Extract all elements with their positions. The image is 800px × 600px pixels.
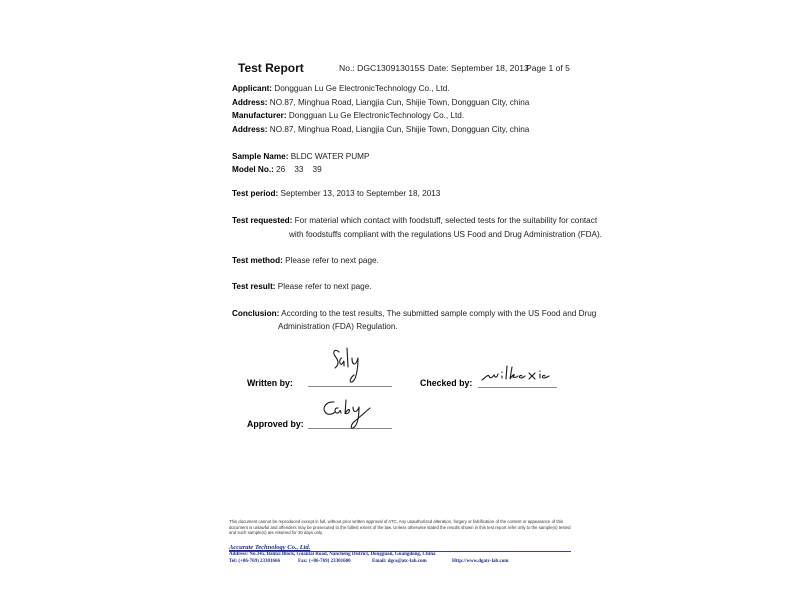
- applicant-address-value: NO.87, Minghua Road, Liangjia Cun, Shiji…: [268, 98, 530, 107]
- manufacturer-address-label: Address:: [232, 125, 268, 134]
- company-email: Email: dgcs@atc-lab.com: [372, 559, 427, 564]
- written-by-label: Written by:: [247, 378, 293, 388]
- test-requested-value: For material which contact with foodstuf…: [292, 216, 597, 225]
- manufacturer-label: Manufacturer:: [232, 111, 287, 120]
- test-period-row: Test period: September 13, 2013 to Septe…: [232, 189, 440, 198]
- applicant-label: Applicant:: [232, 84, 272, 93]
- report-title: Test Report: [238, 61, 304, 75]
- checked-by-signature: [480, 364, 555, 386]
- applicant-address-label: Address:: [232, 98, 268, 107]
- test-period-label: Test period:: [232, 189, 278, 198]
- test-result-label: Test result:: [232, 282, 276, 291]
- sample-name-label: Sample Name:: [232, 152, 288, 161]
- test-method-label: Test method:: [232, 256, 283, 265]
- legal-disclaimer: This document cannot be reproduced excep…: [229, 519, 577, 536]
- conclusion-continued: Administration (FDA) Regulation.: [278, 322, 398, 331]
- company-tel: Tel: (+86-769) 23301666: [229, 559, 280, 564]
- company-fax: Fax: (+86-769) 23301600: [298, 559, 351, 564]
- model-no-row: Model No.: 26 33 39: [232, 165, 322, 174]
- approved-by-signature: [320, 398, 375, 432]
- test-method-row: Test method: Please refer to next page.: [232, 256, 379, 265]
- manufacturer-value: Dongguan Lu Ge ElectronicTechnology Co.,…: [287, 111, 465, 120]
- applicant-value: Dongguan Lu Ge ElectronicTechnology Co.,…: [272, 84, 450, 93]
- applicant-address-row: Address: NO.87, Minghua Road, Liangjia C…: [232, 98, 529, 107]
- manufacturer-address-value: NO.87, Minghua Road, Liangjia Cun, Shiji…: [268, 125, 530, 134]
- model-no-label: Model No.:: [232, 165, 274, 174]
- page-indicator: Page 1 of 5: [526, 63, 570, 73]
- model-no-value: 26 33 39: [274, 165, 322, 174]
- manufacturer-row: Manufacturer: Dongguan Lu Ge ElectronicT…: [232, 111, 464, 120]
- approved-by-label: Approved by:: [247, 419, 304, 429]
- conclusion-row: Conclusion: According to the test result…: [232, 309, 596, 318]
- checked-by-label: Checked by:: [420, 378, 472, 388]
- sample-name-value: BLDC WATER PUMP: [288, 152, 369, 161]
- test-period-value: September 13, 2013 to September 18, 2013: [278, 189, 440, 198]
- test-result-row: Test result: Please refer to next page.: [232, 282, 372, 291]
- company-name: Accurate Technology Co., Ltd.: [229, 544, 310, 551]
- test-requested-label: Test requested:: [232, 216, 292, 225]
- sample-name-row: Sample Name: BLDC WATER PUMP: [232, 152, 369, 161]
- checked-by-signature-line: [478, 387, 557, 388]
- manufacturer-address-row: Address: NO.87, Minghua Road, Liangjia C…: [232, 125, 529, 134]
- conclusion-label: Conclusion:: [232, 309, 279, 318]
- applicant-row: Applicant: Dongguan Lu Ge ElectronicTech…: [232, 84, 450, 93]
- report-date: Date: September 18, 2013: [428, 63, 529, 73]
- test-requested-continued: with foodstuffs compliant with the regul…: [289, 230, 602, 239]
- company-address: Address: No.345, Baima Block, Guantai Ro…: [229, 552, 435, 557]
- report-number: No.: DGC130913015S: [339, 63, 425, 73]
- conclusion-value: According to the test results, The submi…: [279, 309, 596, 318]
- test-requested-row: Test requested: For material which conta…: [232, 216, 597, 225]
- written-by-signature: [330, 344, 370, 386]
- test-method-value: Please refer to next page.: [283, 256, 379, 265]
- written-by-signature-line: [308, 386, 392, 387]
- company-website[interactable]: Http://www.dgatc-lab.com: [452, 559, 508, 564]
- test-result-value: Please refer to next page.: [276, 282, 372, 291]
